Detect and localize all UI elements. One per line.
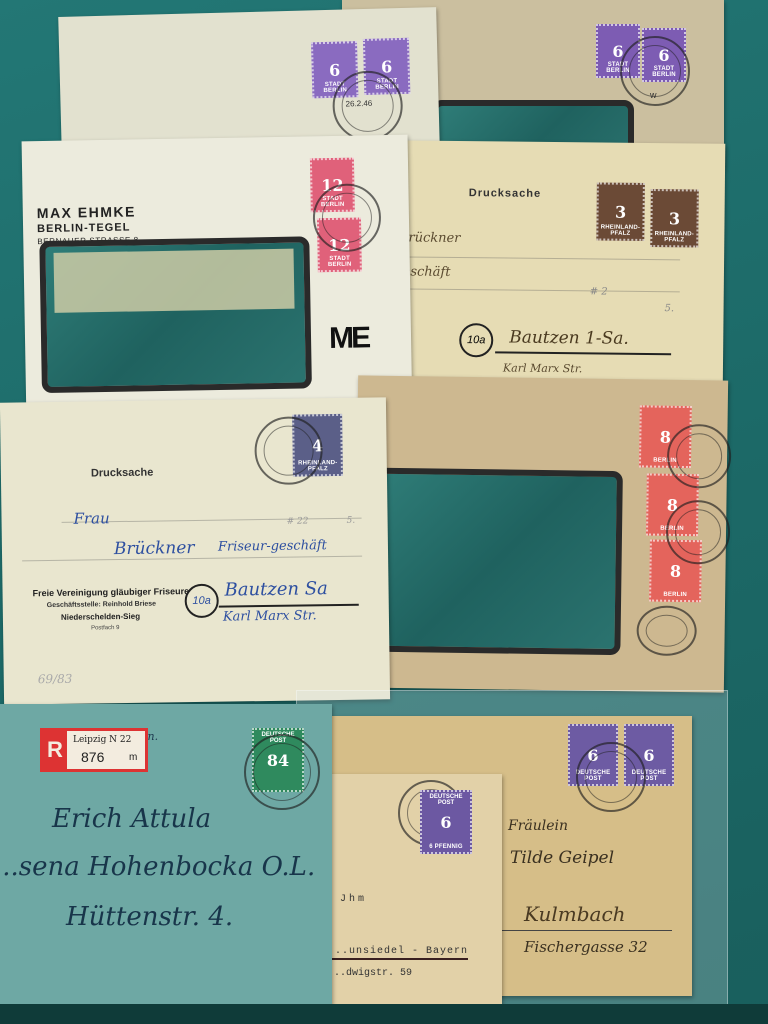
stamp: 3RHEINLAND-PFALZ	[596, 182, 645, 240]
address-name: Tilde Geipel	[510, 848, 614, 868]
address-street: Hüttenstr. 4.	[66, 902, 233, 932]
postmark	[244, 734, 320, 810]
address-line	[380, 288, 680, 292]
address-business: Friseur-geschäft	[218, 538, 327, 555]
sender-org: Freie Vereinigung gläubiger Friseure	[33, 586, 190, 598]
address-city: ...unsiedel - Bayern	[328, 946, 468, 957]
address-line	[380, 256, 680, 260]
table-edge-shadow	[0, 1004, 768, 1024]
postmark	[667, 424, 732, 489]
envelope-window	[368, 468, 623, 656]
company-logo: ME	[329, 321, 369, 356]
address-city: Bautzen Sa	[224, 578, 328, 600]
postmark-letter: w	[650, 90, 657, 100]
registration-office: Leipzig N 22	[73, 735, 131, 745]
address-street: Karl Marx Str.	[223, 608, 317, 624]
address-city: Kulmbach	[524, 902, 626, 926]
address-salutation: Fräulein	[508, 818, 568, 834]
address-street: Karl Marx Str.	[503, 361, 582, 375]
zone-circle: 10a	[184, 584, 218, 618]
pencil-note: # 22	[287, 516, 309, 526]
cover-wunsiedel: DEUTSCHE POST66 PFENNIG Jhm ...unsiedel …	[328, 774, 502, 1016]
registration-number: 876	[81, 749, 104, 765]
postmark-date: 26.2.46	[345, 99, 372, 109]
sender-name: MAX EHMKE	[37, 203, 136, 221]
address-line	[500, 930, 672, 931]
cover-max-ehmke: MAX EHMKE BERLIN-TEGEL BERNAUER STRASSE …	[22, 135, 413, 424]
printed-header: Drucksache	[469, 187, 541, 200]
cover-berlin-bear: 8BERLIN 8BERLIN 8BERLIN	[354, 375, 728, 692]
registration-suffix: m	[129, 752, 137, 763]
sender-office: Geschäftsstelle: Reinhold Briese	[47, 601, 156, 610]
pencil-note: # 2	[590, 286, 608, 297]
address-salutation: Frau	[73, 509, 109, 528]
zone-circle: 10a	[459, 323, 493, 357]
postmark	[636, 605, 697, 656]
address-name: Jhm	[340, 894, 367, 905]
registration-label: R Leipzig N 22 876 m	[40, 728, 148, 772]
pencil-note: 5.	[347, 516, 356, 526]
city-underline	[219, 604, 359, 608]
sender-city: Niederschelden-Sieg	[61, 612, 140, 622]
cover-registered-leipzig: ...iben. R Leipzig N 22 876 m DEUTSCHE P…	[0, 704, 332, 1008]
address-city: ...sena Hohenbocka O.L.	[0, 852, 315, 882]
postmark	[312, 183, 381, 252]
sender-city: BERLIN-TEGEL	[37, 222, 130, 236]
postmark	[576, 742, 646, 812]
address-street: Fischergasse 32	[524, 938, 648, 956]
registration-letter: R	[43, 731, 67, 769]
city-underline	[328, 958, 468, 960]
city-underline	[495, 351, 671, 355]
cover-drucksache-bautzen-left: Drucksache 4RHEINLAND-PFALZ Frau # 22 5.…	[0, 397, 390, 704]
stamp: 3RHEINLAND-PFALZ	[650, 189, 699, 247]
postmark	[666, 500, 731, 565]
sender-pobox: Postfach 9	[91, 625, 119, 631]
stamp: DEUTSCHE POST66 PFENNIG	[420, 790, 472, 854]
address-name: Erich Attula	[52, 804, 211, 834]
address-name: Brückner	[114, 538, 195, 559]
address-city: Bautzen 1-Sa.	[509, 328, 629, 349]
window-label-paper	[54, 249, 295, 313]
address-street: ...dwigstr. 59	[328, 968, 412, 979]
pencil-mark: 69/83	[38, 672, 73, 686]
cover-drucksache-bautzen-right: Drucksache 3RHEINLAND-PFALZ 3RHEINLAND-P…	[379, 140, 726, 396]
pencil-note: 5.	[665, 303, 675, 314]
printed-header: Drucksache	[91, 467, 154, 480]
